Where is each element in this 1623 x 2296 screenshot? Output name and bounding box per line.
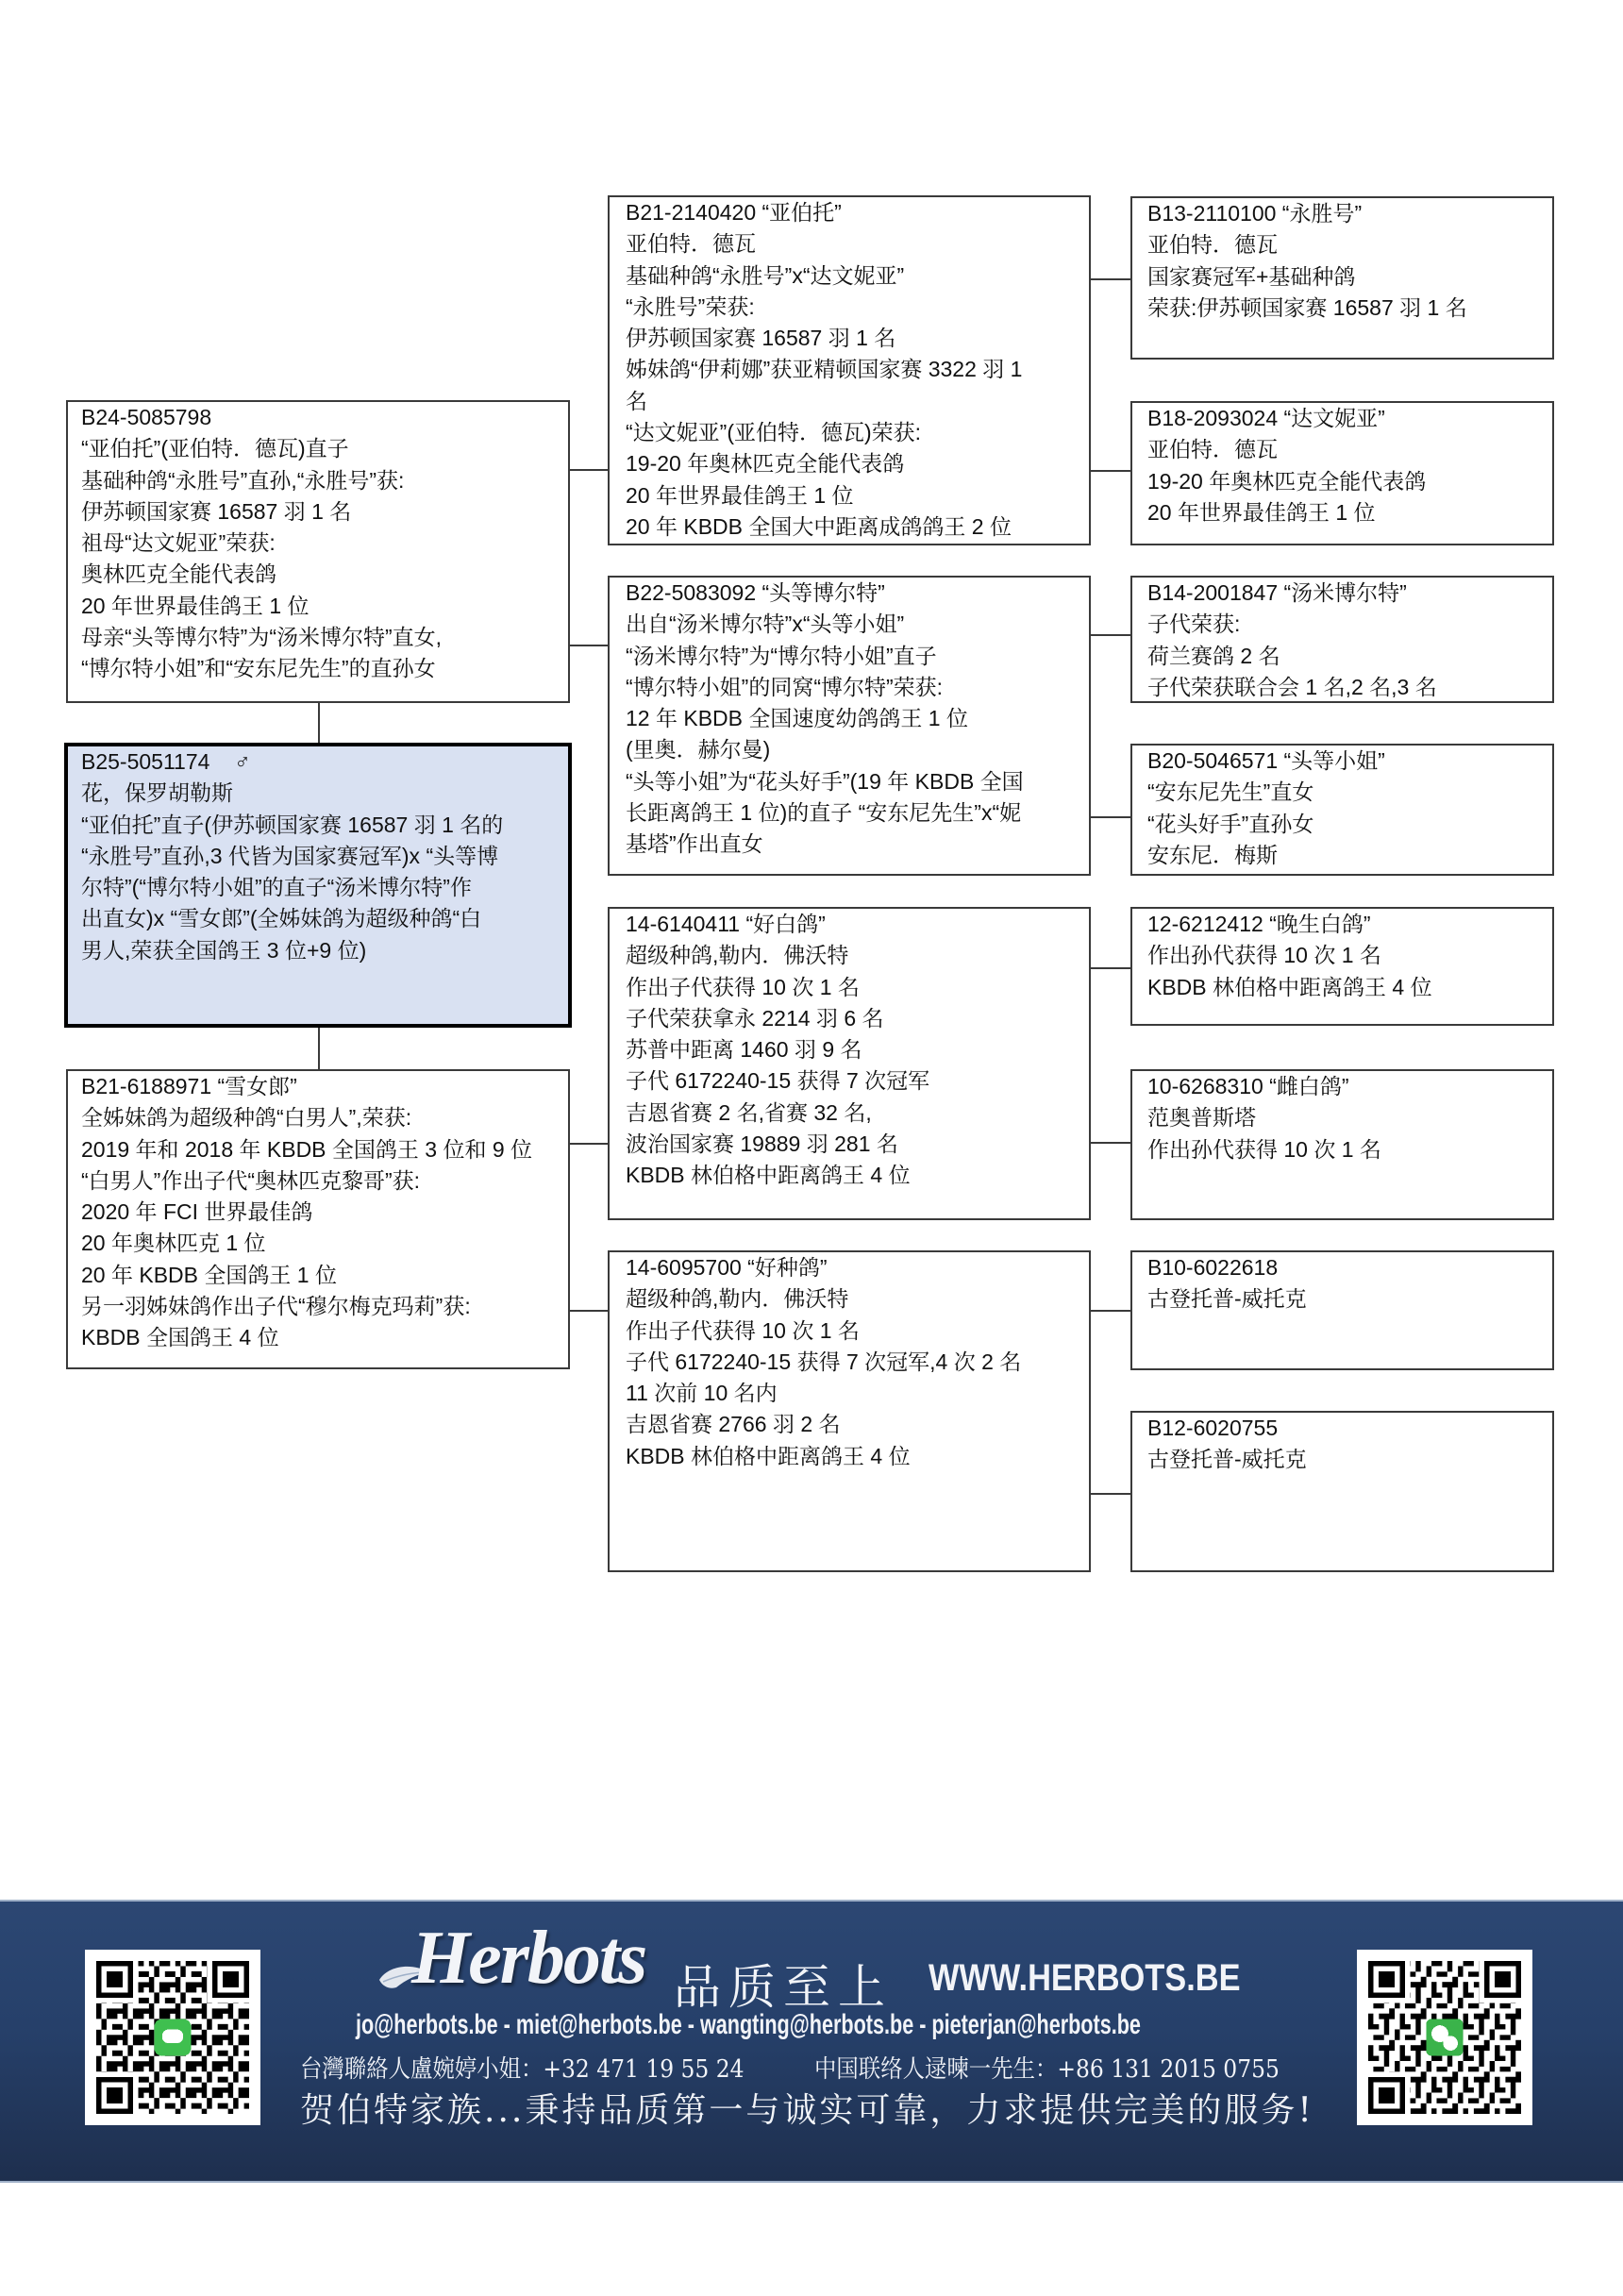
qr-code-icon	[1368, 1961, 1521, 2114]
card-line: 20 年世界最佳鸽王 1 位	[610, 480, 1089, 511]
card-ring: B13-2110100 “永胜号”	[1132, 198, 1552, 229]
qr-code-line[interactable]	[85, 1950, 260, 2125]
card-line: (里奥．赫尔曼)	[610, 734, 1089, 765]
website-link[interactable]: WWW.HERBOTS.BE	[929, 1957, 1241, 2000]
dam-card: B21-6188971 “雪女郎” 全姊妹鸽为超级种鸽“白男人”,荣获: 201…	[66, 1069, 570, 1369]
tagline: 品质至上	[674, 1950, 893, 2018]
connector-line	[570, 1143, 608, 1145]
card-line: “亚伯托”直子(伊苏顿国家赛 16587 羽 1 名的	[68, 810, 568, 841]
card-ring: 14-6140411 “好白鸽”	[610, 909, 1089, 940]
card-line: 吉恩省赛 2 名,省赛 32 名,	[610, 1098, 1089, 1129]
connector-line	[1091, 1142, 1130, 1144]
card-ring: 12-6212412 “晚生白鸽”	[1132, 909, 1552, 940]
card-line: 尔特”(“博尔特小姐”的直子“汤米博尔特”作	[68, 872, 568, 903]
dam-sire-card: 14-6140411 “好白鸽” 超级种鸽,勒内．佛沃特 作出子代获得 10 次…	[608, 907, 1091, 1220]
card-ring: B18-2093024 “达文妮亚”	[1132, 403, 1552, 434]
card-line: 19-20 年奥林匹克全能代表鸽	[1132, 466, 1552, 497]
sire-dam-card: B22-5083092 “头等博尔特” 出自“汤米博尔特”x“头等小姐” “汤米…	[608, 576, 1091, 876]
qr-code-icon	[96, 1961, 249, 2114]
card-line: “头等小姐”为“花头好手”(19 年 KBDB 全国	[610, 766, 1089, 797]
ss-sire-card: B13-2110100 “永胜号” 亚伯特．德瓦 国家赛冠军+基础种鸽 荣获:伊…	[1130, 196, 1554, 360]
card-line: “亚伯托”(亚伯特．德瓦)直子	[68, 433, 568, 464]
card-line: 古登托普-威托克	[1132, 1283, 1552, 1315]
dd-dam-card: B12-6020755 古登托普-威托克	[1130, 1411, 1554, 1572]
card-line: 出自“汤米博尔特”x“头等小姐”	[610, 609, 1089, 640]
card-ring: B22-5083092 “头等博尔特”	[610, 578, 1089, 609]
card-line: 荣获:伊苏顿国家赛 16587 羽 1 名	[1132, 293, 1552, 324]
connector-line	[318, 1028, 320, 1069]
herbots-logo: Herbots	[411, 1916, 645, 2002]
card-line: 男人,荣获全国鸽王 3 位+9 位)	[68, 935, 568, 966]
card-line: 12 年 KBDB 全国速度幼鸽鸽王 1 位	[610, 703, 1089, 734]
card-line: 苏普中距离 1460 羽 9 名	[610, 1034, 1089, 1065]
card-line: 吉恩省赛 2766 羽 2 名	[610, 1409, 1089, 1440]
card-line: 亚伯特．德瓦	[1132, 229, 1552, 260]
card-line: 波治国家赛 19889 羽 281 名	[610, 1129, 1089, 1160]
card-line: KBDB 林伯格中距离鸽王 4 位	[610, 1160, 1089, 1191]
card-ring: B20-5046571 “头等小姐”	[1132, 746, 1552, 777]
card-line: 奥林匹克全能代表鸽	[68, 559, 568, 590]
card-line: 作出孙代获得 10 次 1 名	[1132, 1134, 1552, 1165]
card-line: “博尔特小姐”的同窝“博尔特”荣获:	[610, 672, 1089, 703]
card-line: “花头好手”直孙女	[1132, 809, 1552, 840]
card-line: 作出孙代获得 10 次 1 名	[1132, 940, 1552, 971]
card-ring: 10-6268310 “雌白鸽”	[1132, 1071, 1552, 1102]
card-line: 20 年世界最佳鸽王 1 位	[68, 591, 568, 622]
slogan: 贺伯特家族...秉持品质第一与诚实可靠，力求提供完美的服务!	[300, 2084, 1314, 2132]
card-line: 基础种鸽“永胜号”x“达文妮亚”	[610, 260, 1089, 292]
card-line: 超级种鸽,勒内．佛沃特	[610, 940, 1089, 971]
connector-line	[1091, 470, 1130, 472]
card-line: 名	[610, 386, 1089, 417]
qr-code-wechat[interactable]	[1357, 1950, 1532, 2125]
card-line: 亚伯特．德瓦	[610, 228, 1089, 260]
male-icon: ♂	[234, 749, 250, 774]
card-line: KBDB 林伯格中距离鸽王 4 位	[1132, 972, 1552, 1003]
card-line: 全姊妹鸽为超级种鸽“白男人”,荣获:	[68, 1102, 568, 1133]
card-ring: B12-6020755	[1132, 1413, 1552, 1444]
subject-ring: B25-5051174	[81, 749, 209, 774]
sd-sire-card: B14-2001847 “汤米博尔特” 子代荣获: 荷兰赛鸽 2 名 子代荣获联…	[1130, 576, 1554, 703]
card-ring: B14-2001847 “汤米博尔特”	[1132, 578, 1552, 609]
card-line: 20 年奥林匹克 1 位	[68, 1228, 568, 1259]
card-line: 20 年 KBDB 全国鸽王 1 位	[68, 1260, 568, 1291]
card-line: 子代荣获:	[1132, 609, 1552, 640]
card-line: 古登托普-威托克	[1132, 1444, 1552, 1475]
ss-dam-card: B18-2093024 “达文妮亚” 亚伯特．德瓦 19-20 年奥林匹克全能代…	[1130, 401, 1554, 545]
card-line: 11 次前 10 名内	[610, 1378, 1089, 1409]
card-line: 超级种鸽,勒内．佛沃特	[610, 1283, 1089, 1315]
card-line: 祖母“达文妮亚”荣获:	[68, 528, 568, 559]
card-line: 基塔”作出直女	[610, 829, 1089, 860]
card-line: 20 年世界最佳鸽王 1 位	[1132, 497, 1552, 528]
sire-ring: B24-5085798	[68, 402, 568, 433]
card-line: 子代荣获联合会 1 名,2 名,3 名	[1132, 672, 1552, 703]
connector-line	[318, 703, 320, 743]
sire-card: B24-5085798 “亚伯托”(亚伯特．德瓦)直子 基础种鸽“永胜号”直孙,…	[66, 400, 570, 703]
card-line: “永胜号”直孙,3 代皆为国家赛冠军)x “头等博	[68, 841, 568, 872]
card-line: “安东尼先生”直女	[1132, 777, 1552, 808]
card-line: 伊苏顿国家赛 16587 羽 1 名	[68, 496, 568, 528]
card-line: 花，保罗胡勒斯	[68, 778, 568, 809]
connector-line	[1091, 816, 1130, 818]
card-line: KBDB 全国鸽王 4 位	[68, 1322, 568, 1353]
contact-taiwan: 台灣聯絡人盧婉婷小姐：+32 471 19 55 24	[300, 2050, 745, 2085]
dd-sire-card: B10-6022618 古登托普-威托克	[1130, 1250, 1554, 1370]
sire-sire-card: B21-2140420 “亚伯托” 亚伯特．德瓦 基础种鸽“永胜号”x“达文妮亚…	[608, 195, 1091, 545]
subject-header: B25-5051174♂	[68, 746, 568, 778]
card-line: “永胜号”荣获:	[610, 292, 1089, 323]
connector-line	[1091, 1493, 1130, 1495]
card-line: 国家赛冠军+基础种鸽	[1132, 261, 1552, 293]
card-line: “汤米博尔特”为“博尔特小姐”直子	[610, 641, 1089, 672]
card-line: KBDB 林伯格中距离鸽王 4 位	[610, 1441, 1089, 1472]
contact-china: 中国联络人逯暕一先生：+86 131 2015 0755	[814, 2050, 1280, 2085]
card-line: 子代 6172240-15 获得 7 次冠军	[610, 1065, 1089, 1097]
card-line: 20 年 KBDB 全国大中距离成鸽鸽王 2 位	[610, 511, 1089, 543]
card-line: 出直女)x “雪女郎”(全姊妹鸽为超级种鸽“白	[68, 903, 568, 934]
connector-line	[570, 469, 608, 471]
card-line: 亚伯特．德瓦	[1132, 434, 1552, 465]
card-line: 姊妹鸽“伊莉娜”获亚精顿国家赛 3322 羽 1	[610, 354, 1089, 385]
card-ring: B10-6022618	[1132, 1252, 1552, 1283]
card-line: 2019 年和 2018 年 KBDB 全国鸽王 3 位和 9 位	[68, 1134, 568, 1165]
connector-line	[570, 645, 608, 646]
card-line: 作出子代获得 10 次 1 名	[610, 972, 1089, 1003]
card-line: “博尔特小姐”和“安东尼先生”的直孙女	[68, 653, 568, 684]
card-line: 母亲“头等博尔特”为“汤米博尔特”直女,	[68, 622, 568, 653]
connector-line	[1091, 278, 1130, 280]
card-line: 范奥普斯塔	[1132, 1102, 1552, 1133]
card-line: 安东尼．梅斯	[1132, 840, 1552, 871]
connector-line	[570, 1310, 608, 1312]
card-ring: 14-6095700 “好种鸽”	[610, 1252, 1089, 1283]
card-line: 子代荣获拿永 2214 羽 6 名	[610, 1003, 1089, 1034]
card-line: 子代 6172240-15 获得 7 次冠军,4 次 2 名	[610, 1347, 1089, 1378]
card-line: 伊苏顿国家赛 16587 羽 1 名	[610, 323, 1089, 354]
card-line: 荷兰赛鸽 2 名	[1132, 641, 1552, 672]
card-line: 基础种鸽“永胜号”直孙,“永胜号”获:	[68, 465, 568, 496]
card-line: 长距离鸽王 1 位)的直子 “安东尼先生”x“妮	[610, 797, 1089, 829]
card-line: 另一羽姊妹鸽作出子代“穆尔梅克玛莉”获:	[68, 1291, 568, 1322]
email-contacts[interactable]: jo@herbots.be - miet@herbots.be - wangti…	[356, 2009, 1141, 2041]
card-line: 作出子代获得 10 次 1 名	[610, 1316, 1089, 1347]
card-line: “达文妮亚”(亚伯特．德瓦)荣获:	[610, 417, 1089, 448]
card-ring: B21-2140420 “亚伯托”	[610, 197, 1089, 228]
card-line: 2020 年 FCI 世界最佳鸽	[68, 1197, 568, 1228]
card-line: “白男人”作出子代“奥林匹克黎哥”获:	[68, 1165, 568, 1197]
subject-card: B25-5051174♂ 花，保罗胡勒斯 “亚伯托”直子(伊苏顿国家赛 1658…	[64, 743, 572, 1028]
dam-ring: B21-6188971 “雪女郎”	[68, 1071, 568, 1102]
ds-sire-card: 12-6212412 “晚生白鸽” 作出孙代获得 10 次 1 名 KBDB 林…	[1130, 907, 1554, 1026]
sd-dam-card: B20-5046571 “头等小姐” “安东尼先生”直女 “花头好手”直孙女 安…	[1130, 744, 1554, 876]
connector-line	[1091, 634, 1130, 636]
connector-line	[1091, 1310, 1130, 1312]
ds-dam-card: 10-6268310 “雌白鸽” 范奥普斯塔 作出孙代获得 10 次 1 名	[1130, 1069, 1554, 1220]
card-line: 19-20 年奥林匹克全能代表鸽	[610, 448, 1089, 479]
connector-line	[1091, 967, 1130, 969]
dam-dam-card: 14-6095700 “好种鸽” 超级种鸽,勒内．佛沃特 作出子代获得 10 次…	[608, 1250, 1091, 1572]
